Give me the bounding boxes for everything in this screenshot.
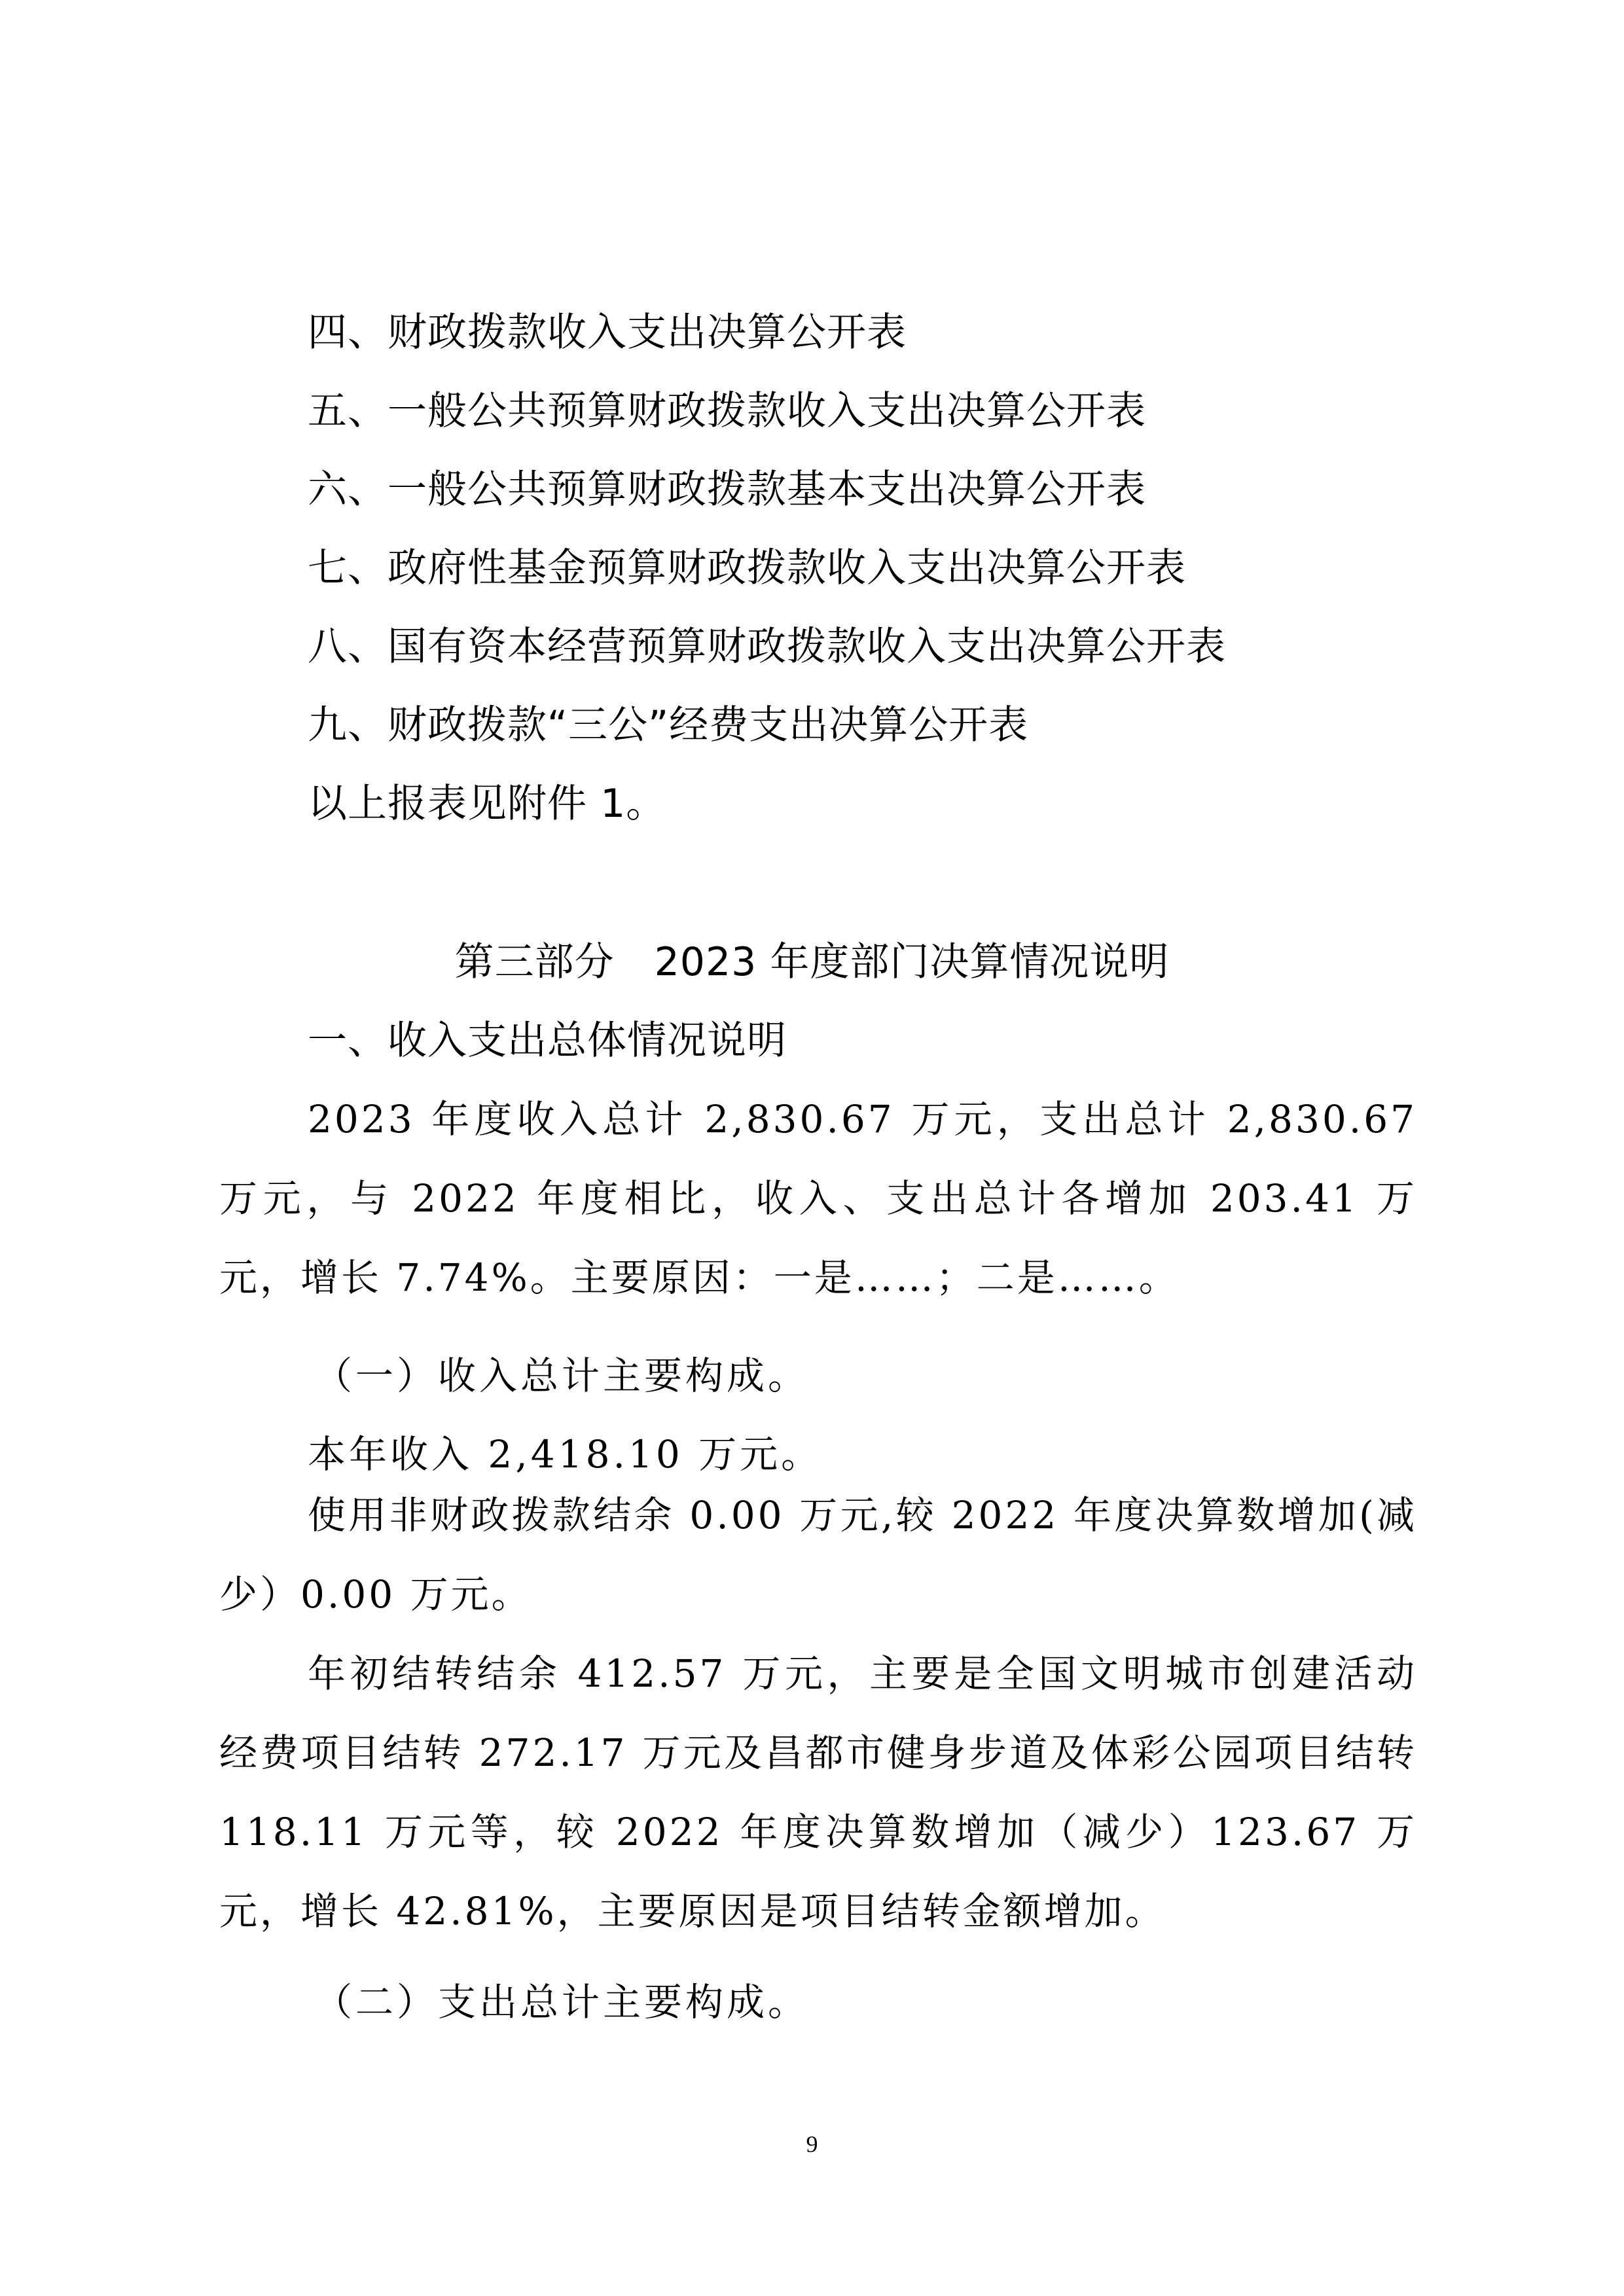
subsection-heading-expenditure: （二）支出总计主要构成。 — [314, 1983, 809, 2021]
subsection-heading-income: （一）收入总计主要构成。 — [314, 1357, 809, 1395]
toc-item-6: 六、一般公共预算财政拨款基本支出决算公开表 — [308, 470, 1146, 509]
page-number: 9 — [0, 2130, 1624, 2158]
part-title: 第三部分 2023 年度部门决算情况说明 — [0, 942, 1624, 982]
attachment-note: 以上报表见附件 1。 — [308, 784, 666, 823]
toc-item-7: 七、政府性基金预算财政拨款收入支出决算公开表 — [308, 548, 1186, 588]
current-year-income: 本年收入 2,418.10 万元。 — [308, 1435, 822, 1473]
carryover-paragraph: 年初结转结余 412.57 万元，主要是全国文明城市创建活动经费项目结转 272… — [219, 1634, 1417, 1951]
overview-paragraph: 2023 年度收入总计 2,830.67 万元，支出总计 2,830.67 万元… — [219, 1080, 1417, 1318]
toc-item-9: 九、财政拨款“三公”经费支出决算公开表 — [308, 706, 1028, 745]
toc-item-5: 五、一般公共预算财政拨款收入支出决算公开表 — [308, 391, 1146, 431]
non-fiscal-balance-paragraph: 使用非财政拨款结余 0.00 万元,较 2022 年度决算数增加(减少）0.00… — [219, 1476, 1417, 1634]
toc-item-8: 八、国有资本经营预算财政拨款收入支出决算公开表 — [308, 627, 1226, 666]
toc-item-4: 四、财政拨款收入支出决算公开表 — [308, 313, 907, 352]
document-page: 四、财政拨款收入支出决算公开表 五、一般公共预算财政拨款收入支出决算公开表 六、… — [0, 0, 1624, 2296]
section-heading-overview: 一、收入支出总体情况说明 — [308, 1021, 787, 1060]
